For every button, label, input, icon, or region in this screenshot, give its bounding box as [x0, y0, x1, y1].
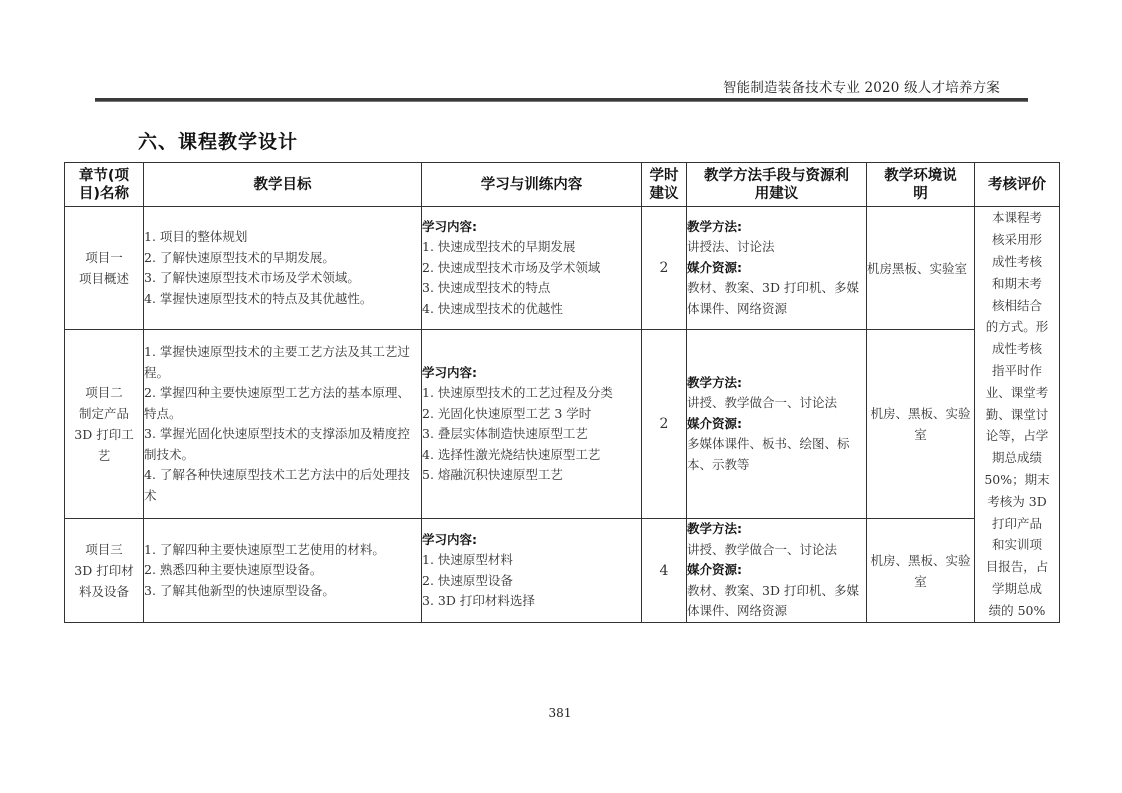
table-row: 项目二 制定产品 3D 打印工 艺 1. 掌握快速原型技术的主要工艺方法及其工艺…: [65, 330, 1060, 519]
hours-cell: 2: [642, 330, 687, 519]
section-title: 六、课程教学设计: [138, 127, 298, 154]
column-header-content: 学习与训练内容: [422, 163, 642, 207]
column-header-methods: 教学方法手段与资源利 用建议: [687, 163, 867, 207]
project-name-cell: 项目三 3D 打印材 料及设备: [65, 519, 144, 623]
method-subtitle: 教学方法:: [687, 373, 866, 394]
content-cell: 学习内容: 1. 快速成型技术的早期发展 2. 快速成型技术市场及学术领域 3.…: [422, 207, 642, 330]
method-subtitle: 教学方法:: [687, 217, 866, 238]
content-subtitle: 学习内容:: [422, 217, 641, 238]
content-cell: 学习内容: 1. 快速原型技术的工艺过程及分类 2. 光固化快速原型工艺 3 学…: [422, 330, 642, 519]
content-cell: 学习内容: 1. 快速原型材料 2. 快速原型设备 3. 3D 打印材料选择: [422, 519, 642, 623]
column-header-hours: 学时 建议: [642, 163, 687, 207]
goals-cell: 1. 掌握快速原型技术的主要工艺方法及其工艺过程。 2. 掌握四种主要快速原型工…: [144, 330, 422, 519]
course-design-table: 章节(项 目)名称 教学目标 学习与训练内容 学时 建议 教学方法手段与资源利 …: [64, 162, 1060, 623]
environment-cell: 机房、黑板、实验室: [867, 519, 975, 623]
project-name-cell: 项目二 制定产品 3D 打印工 艺: [65, 330, 144, 519]
table-row: 项目三 3D 打印材 料及设备 1. 了解四种主要快速原型工艺使用的材料。 2.…: [65, 519, 1060, 623]
table-row: 项目一 项目概述 1. 项目的整体规划 2. 了解快速原型技术的早期发展。 3.…: [65, 207, 1060, 330]
running-header-title: 智能制造装备技术专业 2020 级人才培养方案: [600, 76, 1000, 96]
hours-cell: 4: [642, 519, 687, 623]
media-subtitle: 媒介资源:: [687, 258, 866, 279]
content-subtitle: 学习内容:: [422, 363, 641, 384]
column-header-goals: 教学目标: [144, 163, 422, 207]
environment-cell: 机房、黑板、实验室: [867, 330, 975, 519]
assessment-cell: 本课程考 核采用形 成性考核 和期末考 核相结合 的方式。形 成性考核 指平时作…: [975, 207, 1060, 623]
environment-cell: 机房黑板、实验室: [867, 207, 975, 330]
column-header-assessment: 考核评价: [975, 163, 1060, 207]
method-subtitle: 教学方法:: [687, 519, 866, 540]
media-subtitle: 媒介资源:: [687, 560, 866, 581]
project-name-cell: 项目一 项目概述: [65, 207, 144, 330]
methods-cell: 教学方法: 讲授、教学做合一、讨论法 媒介资源: 多媒体课件、板书、绘图、标本、…: [687, 330, 867, 519]
column-header-chapter: 章节(项 目)名称: [65, 163, 144, 207]
media-subtitle: 媒介资源:: [687, 414, 866, 435]
table-header-row: 章节(项 目)名称 教学目标 学习与训练内容 学时 建议 教学方法手段与资源利 …: [65, 163, 1060, 207]
goals-cell: 1. 了解四种主要快速原型工艺使用的材料。 2. 熟悉四种主要快速原型设备。 3…: [144, 519, 422, 623]
content-subtitle: 学习内容:: [422, 530, 641, 551]
header-rule: [95, 98, 1028, 102]
methods-cell: 教学方法: 讲授、教学做合一、讨论法 媒介资源: 教材、教案、3D 打印机、多媒…: [687, 519, 867, 623]
page-number: 381: [540, 706, 580, 720]
column-header-environment: 教学环境说 明: [867, 163, 975, 207]
methods-cell: 教学方法: 讲授法、讨论法 媒介资源: 教材、教案、3D 打印机、多媒体课件、网…: [687, 207, 867, 330]
hours-cell: 2: [642, 207, 687, 330]
goals-cell: 1. 项目的整体规划 2. 了解快速原型技术的早期发展。 3. 了解快速原型技术…: [144, 207, 422, 330]
